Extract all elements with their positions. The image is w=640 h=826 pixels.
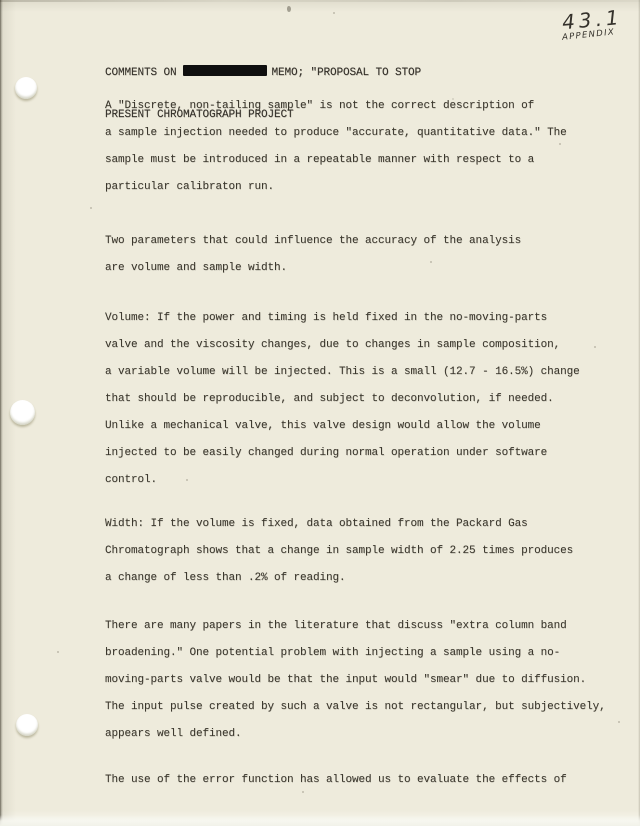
- paragraph: There are many papers in the literature …: [105, 613, 606, 748]
- paragraph: Volume: If the power and timing is held …: [105, 305, 606, 494]
- scan-speck: [618, 721, 620, 723]
- title-line-1: COMMENTS ONMEMO; "PROPOSAL TO STOP: [105, 65, 421, 80]
- document-body: A "Discrete, non-tailing sample" is not …: [105, 93, 606, 794]
- scan-speck: [333, 12, 335, 14]
- scan-speck: [452, 98, 454, 100]
- scan-speck: [302, 791, 304, 793]
- title-prefix: COMMENTS ON: [105, 67, 177, 79]
- scan-speck: [57, 651, 59, 653]
- paragraph: Width: If the volume is fixed, data obta…: [105, 511, 606, 592]
- paragraph: A "Discrete, non-tailing sample" is not …: [105, 93, 606, 201]
- punch-hole: [15, 77, 37, 99]
- punch-hole: [16, 714, 38, 736]
- redaction-bar: [183, 65, 267, 76]
- scan-speck: [90, 207, 92, 209]
- scanned-document-page: 43.1 APPENDIX COMMENTS ONMEMO; "PROPOSAL…: [0, 0, 640, 826]
- paragraph: The use of the error function has allowe…: [105, 767, 606, 794]
- paragraph: Two parameters that could influence the …: [105, 228, 606, 282]
- title-suffix: MEMO; "PROPOSAL TO STOP: [272, 67, 422, 79]
- scan-speck: [186, 479, 188, 481]
- scan-edge-top: [0, 0, 640, 2]
- scan-edge-left: [0, 0, 3, 826]
- handwritten-annotation: 43.1 APPENDIX: [562, 6, 636, 39]
- scan-speck: [559, 143, 561, 145]
- punch-hole: [10, 400, 35, 425]
- scan-speck: [287, 6, 291, 12]
- scan-speck: [430, 261, 432, 263]
- scan-speck: [594, 346, 596, 348]
- scan-edge-bottom: [0, 815, 640, 826]
